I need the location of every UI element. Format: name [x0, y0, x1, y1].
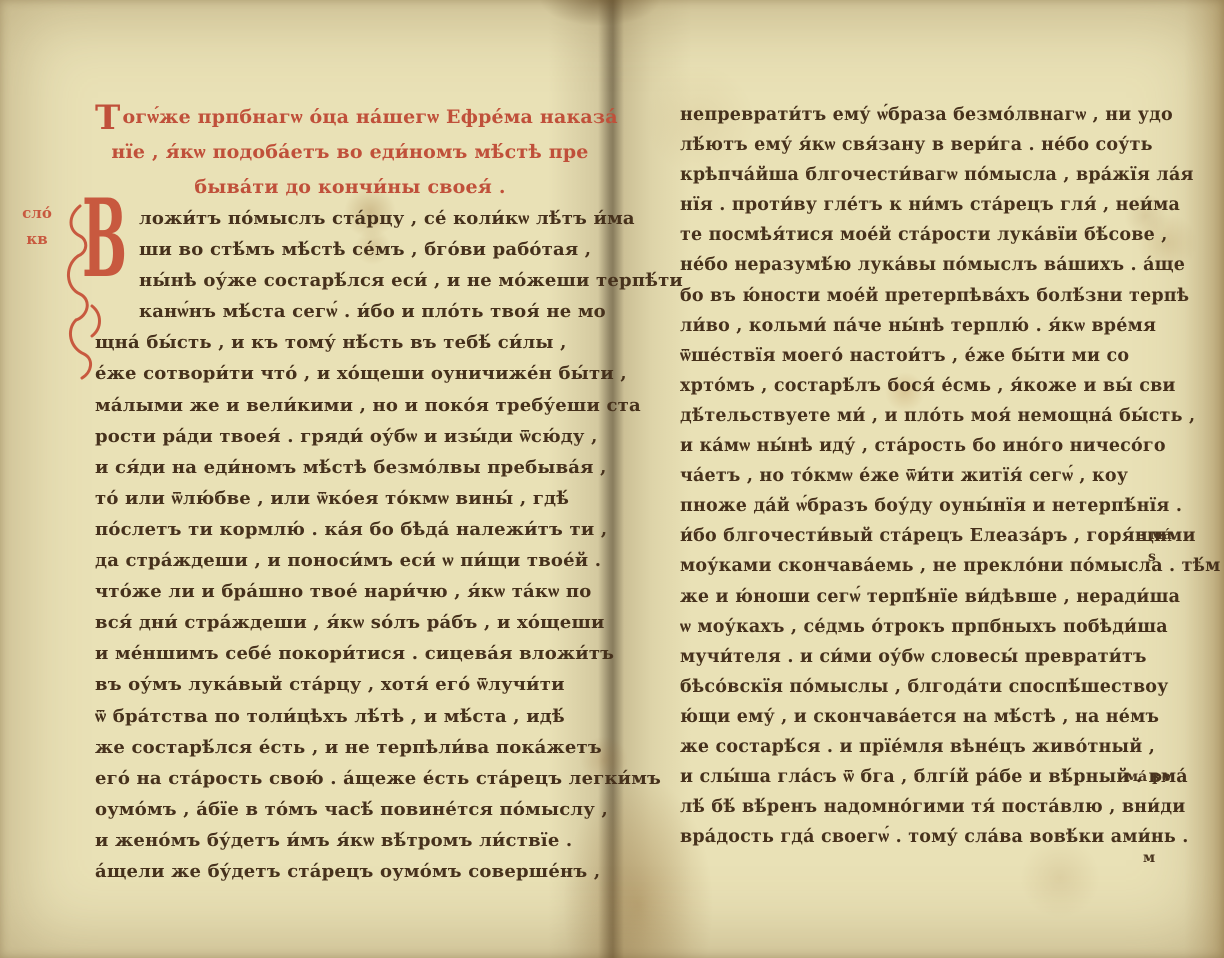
body-line: лѣ́ бѣ́ вѣ́ренъ надомно́гими тя́ поста́в… [680, 792, 1150, 822]
body-line: и́бо блгочести́вый ста́рецъ Елеаза́ръ , … [680, 521, 1150, 551]
margin-note-scripture-ref-2: ма́ ре [1126, 766, 1171, 788]
body-line: и слы́ша гла́съ ѿ бга , блгі́й ра́бе и в… [680, 762, 1150, 792]
body-line: вра́дость гда́ своегѡ́ . тому́ сла́ва во… [680, 822, 1150, 852]
body-line: ю́щи ему́ , и скончава́ется на мѣ́стѣ , … [680, 702, 1150, 732]
body-line: ли́во , кольми́ па́че ны́нѣ терплю́ . я́… [680, 311, 1150, 341]
body-line: не́бо неразумѣ́ю лука́вы по́мыслъ ва́ших… [680, 250, 1150, 280]
body-line: хрто́мъ , состарѣ́лъ бося́ е́смь , я́кож… [680, 371, 1150, 401]
body-line: пноже да́й ѡ́бразъ боу́ду оуны́нїя и нет… [680, 491, 1150, 521]
body-line: же состарѣ́ся . и прїе́мля вѣне́цъ живо́… [680, 732, 1150, 762]
book-spread: сло́ кв Тогѡ́же прпбнагѡ о́ца на́шегѡ Еф… [0, 0, 1224, 958]
body-line: бо въ ю́ности мое́й претерпѣва́хъ болѣ́з… [680, 281, 1150, 311]
body-line: и ка́мѡ ны́нѣ иду́ , ста́рость бо ино́го… [680, 431, 1150, 461]
body-line: нїя . проти́ву гле́тъ к ни́мъ ста́рецъ г… [680, 190, 1150, 220]
margin-note-scripture-ref-3: м [1143, 847, 1155, 869]
body-line: дѣ́тельствуете ми́ , и пло́ть моя́ немощ… [680, 401, 1150, 431]
right-page: непреврати́тъ ему́ ѡ́браза безмо́лвнагѡ … [0, 0, 1224, 958]
body-line: ѡ моу́кахъ , се́дмь о́трокъ прпбныхъ поб… [680, 612, 1150, 642]
body-line: лѣ́ютъ ему́ я́кѡ свя́зану в вери́га . не… [680, 130, 1150, 160]
right-text-block: непреврати́тъ ему́ ѡ́браза безмо́лвнагѡ … [680, 100, 1150, 852]
body-line: крѣпча́йша блгочести́вагѡ по́мысла , вра… [680, 160, 1150, 190]
body-line: те посмѣя́тися мое́й ста́рости лука́вїи … [680, 220, 1150, 250]
body-line: мучи́теля . и си́ми оу́бѡ словесы́ превр… [680, 642, 1150, 672]
body-line: же и ю́ноши сегѡ́ терпѣ́нїе ви́дѣвше , н… [680, 582, 1150, 612]
margin-note-line: в ма́ [1136, 524, 1172, 546]
body-line: бѣсо́вскїя по́мыслы , блгода́ти споспѣ́ш… [680, 672, 1150, 702]
body-line: непреврати́тъ ему́ ѡ́браза безмо́лвнагѡ … [680, 100, 1150, 130]
body-line: ѿше́ствїя моего́ настои́тъ , е́же бы́ти … [680, 341, 1150, 371]
body-line: моу́ками скончава́емь , не прекло́ни по́… [680, 551, 1150, 581]
margin-note-scripture-ref-1: в ма́ ѕ [1136, 524, 1172, 568]
margin-note-line: ѕ [1136, 546, 1172, 568]
body-line: ча́етъ , но то́кмѡ е́же ѿи́ти житїя́ сег… [680, 461, 1150, 491]
